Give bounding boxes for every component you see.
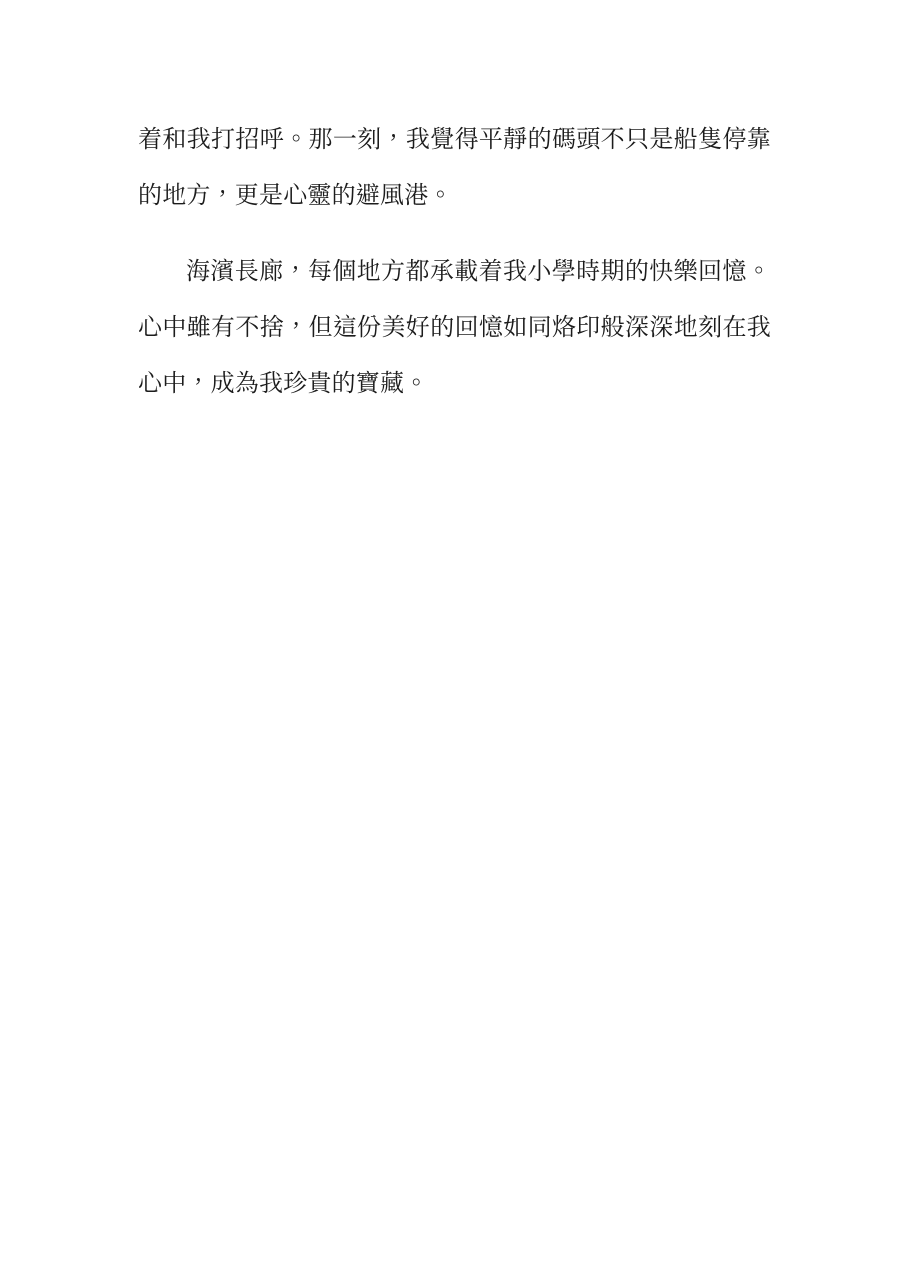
paragraph-2: 海濱長廊，每個地方都承載着我小學時期的快樂回憶。心中雖有不捨，但這份美好的回憶如… (138, 244, 771, 412)
text-line: 着和我打招呼。那一刻，我覺得平靜的碼頭不只是船隻停靠 (138, 112, 771, 168)
text-line: 心中雖有不捨，但這份美好的回憶如同烙印般深深地刻在我 (138, 300, 771, 356)
document-body: 着和我打招呼。那一刻，我覺得平靜的碼頭不只是船隻停靠的地方，更是心靈的避風港。海… (138, 112, 771, 412)
text-line: 海濱長廊，每個地方都承載着我小學時期的快樂回憶。 (138, 244, 771, 300)
text-line: 的地方，更是心靈的避風港。 (138, 168, 771, 224)
paragraph-1: 着和我打招呼。那一刻，我覺得平靜的碼頭不只是船隻停靠的地方，更是心靈的避風港。 (138, 112, 771, 224)
document-page: 着和我打招呼。那一刻，我覺得平靜的碼頭不只是船隻停靠的地方，更是心靈的避風港。海… (0, 0, 905, 1280)
text-line: 心中，成為我珍貴的寶藏。 (138, 356, 771, 412)
